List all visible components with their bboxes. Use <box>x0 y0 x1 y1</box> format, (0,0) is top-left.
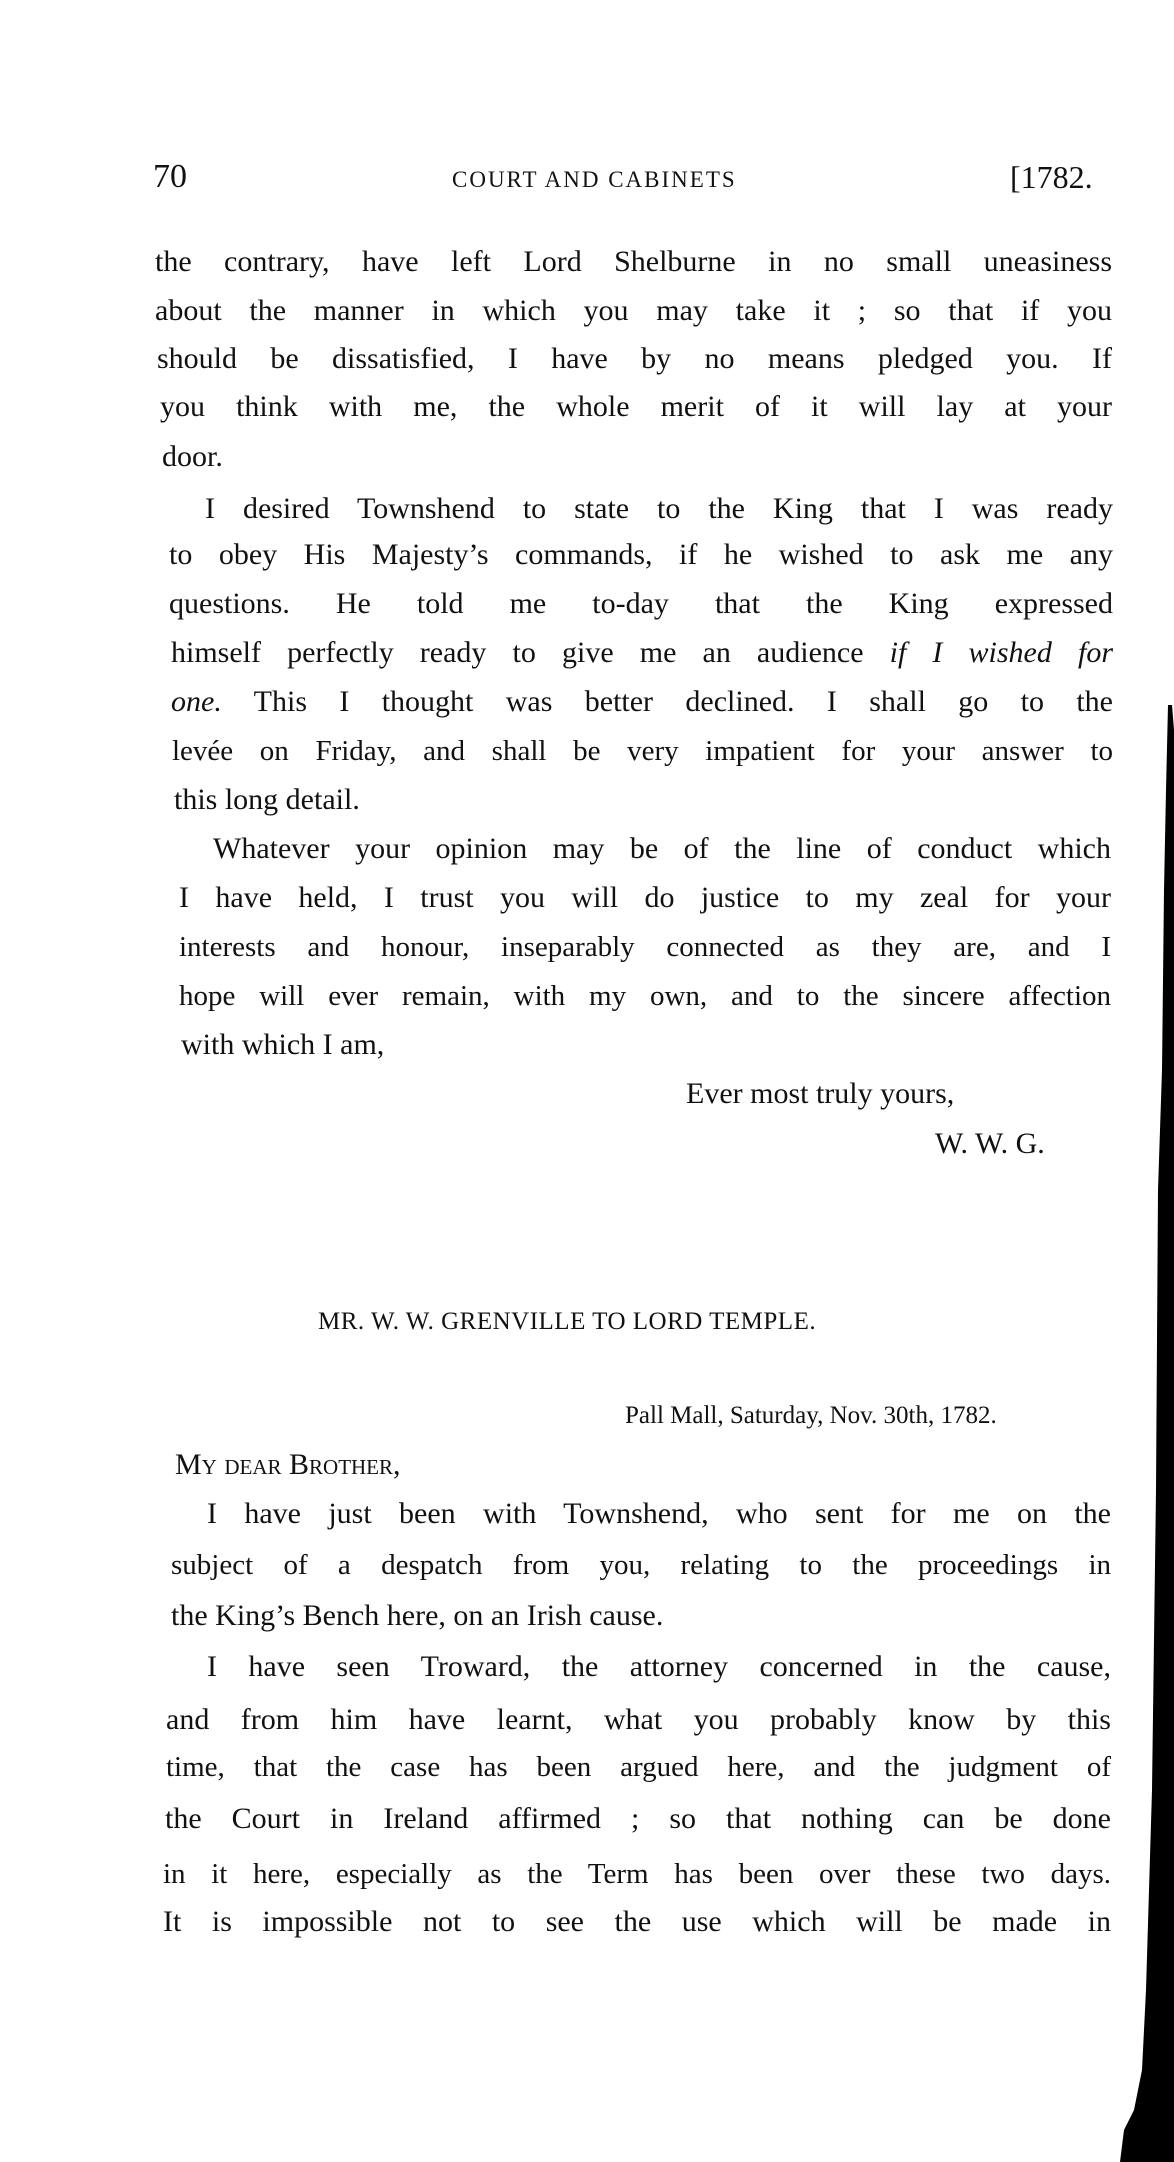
page-number: 70 <box>153 157 187 197</box>
text-line: hope will ever remain, with my own, and … <box>179 976 1111 1016</box>
text-line: you think with me, the whole merit of it… <box>160 387 1112 427</box>
running-year: [1782. <box>1010 157 1093 197</box>
text-line: one. This I thought was better declined.… <box>171 682 1113 722</box>
text-line: door. <box>162 437 223 477</box>
letter-heading: MR. W. W. GRENVILLE TO LORD TEMPLE. <box>318 1302 816 1342</box>
text-line: should be dissatisfied, I have by no mea… <box>157 339 1112 379</box>
letter-signature: W. W. G. <box>935 1124 1045 1164</box>
text-line: time, that the case has been argued here… <box>166 1747 1111 1787</box>
text-line: the Court in Ireland affirmed ; so that … <box>165 1799 1111 1839</box>
page-edge-shadow <box>1100 690 1174 2162</box>
book-page: 70 COURT AND CABINETS [1782. the contrar… <box>0 0 1174 2162</box>
paragraph-first-line: I desired Townshend to state to the King… <box>205 489 1113 529</box>
text-line: to obey His Majesty’s commands, if he wi… <box>169 535 1113 575</box>
text-line: with which I am, <box>181 1025 384 1065</box>
text-line: about the manner in which you may take i… <box>155 291 1112 331</box>
text-segment: himself perfectly ready to give me an au… <box>171 636 864 669</box>
text-line: the contrary, have left Lord Shelburne i… <box>155 242 1112 282</box>
text-line: in it here, especially as the Term has b… <box>163 1854 1111 1894</box>
paragraph-first-line: I have seen Troward, the attorney concer… <box>207 1647 1111 1687</box>
paragraph-first-line: Whatever your opinion may be of the line… <box>213 829 1111 869</box>
text-line: this long detail. <box>174 780 360 820</box>
letter-closing: Ever most truly yours, <box>686 1074 954 1114</box>
text-line: It is impossible not to see the use whic… <box>163 1902 1111 1942</box>
text-line: interests and honour, inseparably connec… <box>179 927 1111 967</box>
text-line: the King’s Bench here, on an Irish cause… <box>171 1596 663 1636</box>
text-line: subject of a despatch from you, relating… <box>171 1545 1111 1585</box>
paragraph-first-line: I have just been with Townshend, who sen… <box>207 1494 1111 1534</box>
text-line: questions. He told me to-day that the Ki… <box>169 584 1113 624</box>
text-line: and from him have learnt, what you proba… <box>166 1700 1111 1740</box>
running-title: COURT AND CABINETS <box>452 160 737 200</box>
letter-salutation: My dear Brother, <box>175 1445 401 1485</box>
italic-emphasis: one. <box>171 685 222 718</box>
italic-emphasis: if I wished for <box>890 636 1113 669</box>
letter-dateline: Pall Mall, Saturday, Nov. 30th, 1782. <box>625 1396 997 1436</box>
text-line: I have held, I trust you will do justice… <box>179 878 1111 918</box>
text-line: levée on Friday, and shall be very impat… <box>172 731 1113 771</box>
text-line: himself perfectly ready to give me an au… <box>171 633 1113 673</box>
text-segment: This I thought was better declined. I sh… <box>254 685 1113 718</box>
